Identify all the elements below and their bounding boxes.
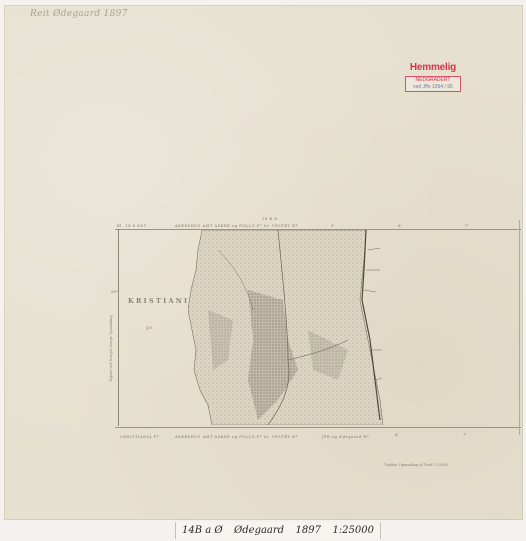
sheet-year: 1897 xyxy=(296,525,321,536)
sheet-id: 14B a Ø xyxy=(182,525,223,536)
region-label: KRISTIANIA xyxy=(128,297,197,305)
bottom-right-label: JFR og Ødegaard Hº xyxy=(322,435,369,439)
top-tick-1: 5' xyxy=(331,223,335,228)
catalog-label-strip: 14B a Ø Ødegaard 1897 1:25000 xyxy=(175,522,381,539)
stamp-title: Hemmelig xyxy=(405,62,461,73)
stamp-box: NEDGRADERT ved Jffo 1994 / 95 xyxy=(405,76,461,92)
top-tick-2: 6' xyxy=(398,223,402,228)
region-sublabel: Fº xyxy=(146,326,152,332)
top-left-label: Bl. 14 b ØST xyxy=(117,224,147,228)
vertical-note: Tegnet ved Norges Geogr. Opmaaling xyxy=(109,315,113,382)
top-center-label: AKERSHUS AMT ASKER og FOLLO Fº Sr. VESTB… xyxy=(175,224,298,228)
sheet-scale: 1:25000 xyxy=(332,525,374,536)
bottom-left-label: CHRISTIANIA Fº xyxy=(120,435,159,439)
credit-note: Trykket Opmaaling af Tveit 1:25000 xyxy=(384,463,448,467)
sheet-name: Ødegaard xyxy=(234,525,284,536)
latitude-tick: 59° xyxy=(111,289,118,294)
stamp-line-1: NEDGRADERT xyxy=(408,77,458,84)
bottom-tick-1: 6' xyxy=(395,432,399,437)
handwritten-note: Reit Ødegaard 1897 xyxy=(30,9,128,19)
bottom-tick-2: 7' xyxy=(463,432,467,437)
frame-left-line xyxy=(118,229,119,426)
terrain-map xyxy=(188,230,383,425)
frame-right-line xyxy=(519,220,520,435)
stamp-line-2: ved Jffo 1994 / 95 xyxy=(408,84,458,91)
top-above-label: 16 B Ø xyxy=(262,217,278,221)
classification-stamp: Hemmelig NEDGRADERT ved Jffo 1994 / 95 xyxy=(405,62,461,92)
bottom-center-label: AKERSHUS AMT ASKER og FOLLO Fº Sr. VESTB… xyxy=(175,435,298,439)
top-tick-3: 7' xyxy=(465,223,469,228)
